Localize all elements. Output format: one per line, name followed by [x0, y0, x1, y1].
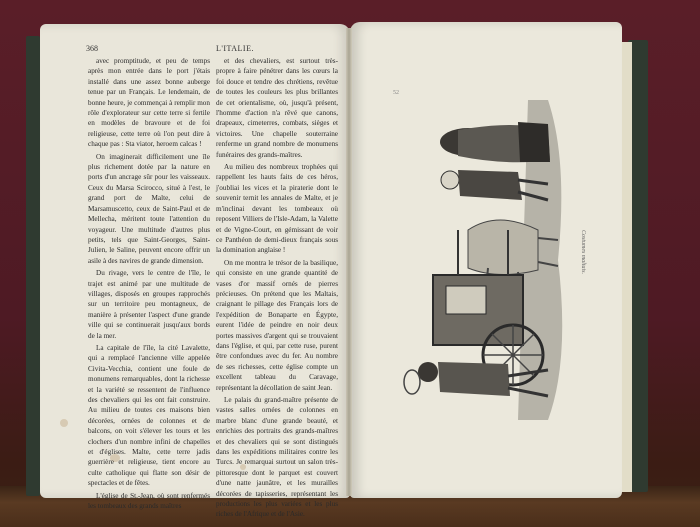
paragraph: et des chevaliers, est surtout très-prop… [216, 56, 338, 160]
book-gutter [346, 28, 352, 496]
text-column-2: et des chevaliers, est surtout très-prop… [216, 56, 338, 520]
paragraph: Le palais du grand-maître présente de va… [216, 395, 338, 520]
book-cover-left [26, 36, 40, 496]
text-column-1: avec promptitude, et peu de temps après … [88, 56, 210, 511]
paragraph: On imaginerait difficilement une île plu… [88, 152, 210, 266]
running-title: L'ITALIE. [216, 44, 254, 53]
paragraph: La capitale de l'île, la cité Lavalette,… [88, 343, 210, 489]
engraving-illustration [398, 100, 578, 420]
plate-caption: Costumes maltais. [580, 230, 586, 274]
page-number: 368 [86, 44, 98, 53]
paragraph: On me montra le trésor de la basilique, … [216, 258, 338, 393]
paragraph: Au milieu des nombreux trophées qui rapp… [216, 162, 338, 256]
paragraph: L'église de St.-Jean, où sont renfermés … [88, 491, 210, 512]
plate-number: 52 [393, 90, 399, 96]
paragraph: Du rivage, vers le centre de l'île, le t… [88, 268, 210, 341]
paragraph: avec promptitude, et peu de temps après … [88, 56, 210, 150]
foxing-spot [60, 419, 68, 427]
